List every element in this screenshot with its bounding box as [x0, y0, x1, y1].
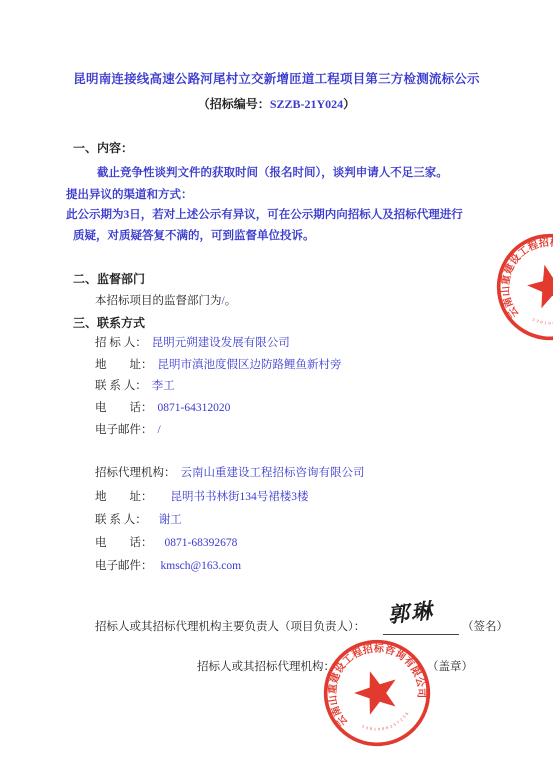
agency-name-label: 招标代理机构： [95, 467, 176, 479]
seal-company-text: 云南山重建设工程招标咨询有限公司 [488, 225, 553, 322]
company-seal-icon: 云南山重建设工程招标咨询有限公司 5301000257256 [483, 220, 553, 353]
tender-number-suffix: ） [343, 97, 355, 111]
tenderer-contact-value: 李工 [152, 380, 175, 392]
section2-heading: 二、监督部门 [73, 272, 145, 286]
svg-text:云南山重建设工程招标咨询有限公司: 云南山重建设工程招标咨询有限公司 [312, 628, 433, 730]
tenderer-contact-row: 联 系 人：李工 [95, 380, 175, 394]
seal-line-label: 招标人或其招标代理机构： [197, 661, 335, 675]
tenderer-name-row: 招 标 人：昆明元朔建设发展有限公司 [95, 337, 290, 351]
tenderer-address-label: 地 址： [95, 359, 153, 371]
signature-underline [383, 634, 459, 635]
section2-body: 本招标项目的监督部门为/。 [95, 295, 236, 309]
agency-contact-label: 联 系 人： [95, 514, 147, 526]
agency-address-row: 地 址：昆明书书林街134号裙楼3楼 [95, 491, 309, 505]
agency-phone-row: 电 话：0871-68392678 [95, 537, 237, 551]
tender-number-code: SZZB-21Y024 [270, 97, 343, 111]
tenderer-email-value: / [158, 424, 161, 436]
document-page: 昆明南连接线高速公路河尾村立交新增匝道工程项目第三方检测流标公示 （招标编号：S… [0, 0, 553, 782]
seal-number-text: 5301000257256 [360, 709, 412, 738]
agency-contact-row: 联 系 人：谢工 [95, 514, 182, 528]
agency-name-row: 招标代理机构：云南山重建设工程招标咨询有限公司 [95, 467, 365, 481]
tenderer-phone-value: 0871-64312020 [158, 402, 231, 414]
handwritten-signature: 郭琳 [387, 599, 435, 629]
agency-phone-value: 0871-68392678 [165, 537, 238, 549]
tenderer-email-row: 电子邮件：/ [95, 424, 161, 438]
signature-suffix: （签名） [462, 621, 508, 635]
signature-label: 招标人或其招标代理机构主要负责人（项目负责人）： [95, 621, 365, 633]
section1-line3: 此公示期为3日，若对上述公示有异议，可在公示期内向招标人及招标代理进行 [66, 209, 463, 223]
agency-email-row: 电子邮件：kmsch@163.com [95, 560, 241, 574]
svg-text:5301000257256: 5301000257256 [531, 305, 553, 331]
seal-line-suffix: （盖章） [427, 661, 473, 675]
agency-email-label: 电子邮件： [95, 560, 153, 572]
seal-number-text: 5301000257256 [531, 305, 553, 331]
tenderer-email-label: 电子邮件： [95, 424, 153, 436]
supervision-suffix: 。 [225, 295, 237, 307]
tender-number-prefix: （招标编号： [198, 97, 270, 111]
document-title: 昆明南连接线高速公路河尾村立交新增匝道工程项目第三方检测流标公示 [0, 72, 553, 87]
tenderer-name-value: 昆明元朔建设发展有限公司 [152, 337, 290, 349]
tenderer-address-value: 昆明市滇池度假区边防路鲤鱼新村旁 [158, 359, 342, 371]
tenderer-name-label: 招 标 人： [95, 337, 147, 349]
section3-heading: 三、联系方式 [73, 316, 145, 330]
tenderer-address-row: 地 址：昆明市滇池度假区边防路鲤鱼新村旁 [95, 359, 342, 373]
company-seal-icon: 云南山重建设工程招标咨询有限公司 5301000257256 [308, 624, 447, 763]
section1-line1: 截止竞争性谈判文件的获取时间（报名时间），谈判申请人不足三家。 [97, 167, 448, 181]
svg-text:5301000257256: 5301000257256 [360, 709, 412, 738]
seal-company-text: 云南山重建设工程招标咨询有限公司 [312, 628, 433, 730]
section1-line4: 质疑，对质疑答复不满的，可到监督单位投诉。 [73, 230, 315, 244]
agency-name-value: 云南山重建设工程招标咨询有限公司 [181, 467, 365, 479]
signature-line: 招标人或其招标代理机构主要负责人（项目负责人）： [95, 621, 365, 635]
agency-address-label: 地 址： [95, 491, 153, 503]
tenderer-contact-label: 联 系 人： [95, 380, 147, 392]
agency-address-value: 昆明书书林街134号裙楼3楼 [171, 491, 309, 503]
agency-phone-label: 电 话： [95, 537, 153, 549]
supervision-prefix: 本招标项目的监督部门为 [95, 295, 222, 307]
section1-heading: 一、内容： [73, 141, 133, 155]
section1-line2: 提出异议的渠道和方式： [66, 189, 193, 203]
tender-number-line: （招标编号：SZZB-21Y024） [0, 97, 553, 111]
agency-email-value: kmsch@163.com [161, 560, 242, 572]
agency-contact-value: 谢工 [159, 514, 182, 526]
svg-text:云南山重建设工程招标咨询有限公司: 云南山重建设工程招标咨询有限公司 [488, 225, 553, 322]
tenderer-phone-label: 电 话： [95, 402, 153, 414]
tenderer-phone-row: 电 话：0871-64312020 [95, 402, 230, 416]
